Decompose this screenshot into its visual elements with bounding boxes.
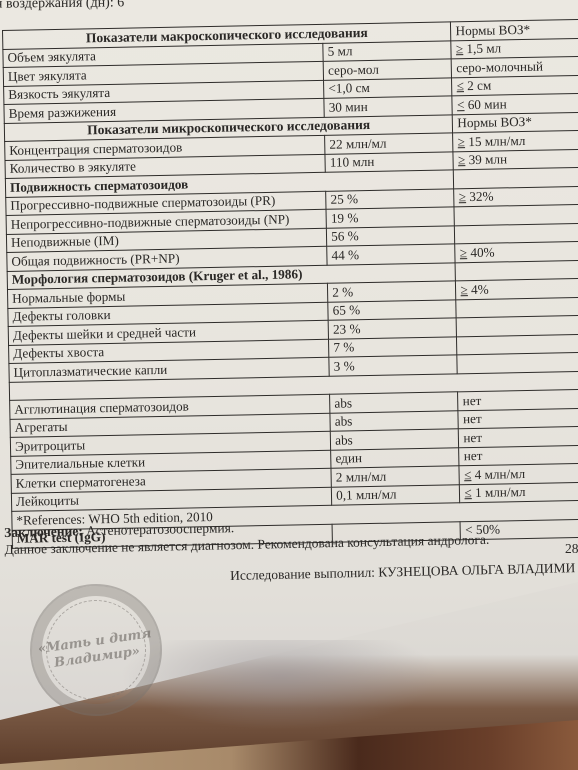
parameter-value: abs	[330, 410, 459, 431]
parameter-norm: ≥ 32%	[454, 185, 578, 206]
parameter-norm: ≤ 2 см	[452, 74, 578, 95]
parameter-norm: < 60 мин	[452, 93, 578, 114]
norm-value: 15 млн/мл	[465, 133, 526, 149]
parameter-value: 56 %	[327, 225, 456, 246]
norms-header: Нормы ВОЗ*	[453, 111, 578, 132]
parameter-norm: ≥ 1,5 мл	[451, 37, 578, 58]
parameter-norm: нет	[458, 407, 578, 428]
parameter-norm	[457, 315, 578, 336]
norms-header: Нормы ВОЗ*	[451, 19, 578, 40]
parameter-norm: нет	[458, 389, 578, 410]
norm-value: нет	[464, 448, 483, 463]
parameter-value: abs	[330, 429, 459, 450]
parameter-norm	[454, 204, 578, 225]
conclusion-label: Заключение:	[4, 523, 83, 540]
page-fragment: 28	[565, 541, 578, 557]
parameter-value: 7 %	[329, 336, 458, 357]
parameter-value: <1,0 см	[324, 77, 453, 98]
parameter-value: 23 %	[328, 318, 457, 339]
norm-value: нет	[463, 393, 482, 408]
norm-value: 2 см	[464, 78, 492, 94]
norm-value: серо-молочный	[456, 59, 543, 76]
parameter-norm	[456, 296, 578, 317]
parameter-norm	[455, 222, 578, 243]
parameter-value: 30 мин	[324, 96, 453, 117]
parameter-value: 2 %	[328, 281, 457, 302]
parameter-norm: ≥ 39 млн	[453, 148, 578, 169]
parameter-norm: ≥ 4%	[456, 278, 578, 299]
parameter-norm	[457, 352, 578, 373]
semen-analysis-table: Показатели макроскопического исследовани…	[2, 18, 578, 548]
abstinence-days: я воздержания (дн): 6	[0, 0, 124, 13]
parameter-norm: серо-молочный	[452, 56, 578, 77]
empty-cell	[456, 259, 578, 280]
parameter-norm	[457, 333, 578, 354]
parameter-value: един	[331, 447, 460, 468]
norm-value: 4 млн/мл	[471, 466, 525, 482]
norm-value: нет	[463, 430, 482, 445]
parameter-norm: нет	[459, 444, 578, 465]
parameter-norm: нет	[459, 426, 578, 447]
norm-value: нет	[463, 411, 482, 426]
parameter-value: 110 млн	[325, 151, 454, 172]
parameter-norm: ≤ 1 млн/мл	[460, 481, 578, 502]
norm-value: 1,5 мл	[463, 41, 501, 57]
parameter-norm: ≤ 4 млн/мл	[459, 463, 578, 484]
parameter-value: 19 %	[326, 207, 455, 228]
norm-value: 40%	[467, 245, 495, 261]
parameter-value: 3 %	[329, 355, 458, 376]
norm-value: 32%	[466, 189, 494, 205]
norm-value: 4%	[468, 282, 489, 297]
parameter-value: 0,1 млн/мл	[332, 484, 461, 505]
parameter-value: 44 %	[327, 244, 456, 265]
parameter-norm: ≥ 15 млн/мл	[453, 130, 578, 151]
parameter-value: 65 %	[328, 299, 457, 320]
parameter-norm: ≥ 40%	[455, 241, 578, 262]
empty-cell	[454, 167, 578, 188]
parameter-value: 2 млн/мл	[331, 466, 460, 487]
parameter-value: серо-мол	[323, 59, 452, 80]
parameter-value: abs	[330, 392, 459, 413]
parameter-value: 25 %	[326, 188, 455, 209]
norm-value: 1 млн/мл	[472, 485, 526, 501]
parameter-value: 5 мл	[323, 40, 452, 61]
norm-value: 60 мин	[464, 96, 507, 112]
parameter-value: 22 млн/мл	[325, 133, 454, 154]
norm-value: 39 млн	[465, 152, 507, 168]
conclusion-text: Астенотератозооспермия.	[83, 520, 235, 538]
hand-shadow	[120, 640, 440, 730]
